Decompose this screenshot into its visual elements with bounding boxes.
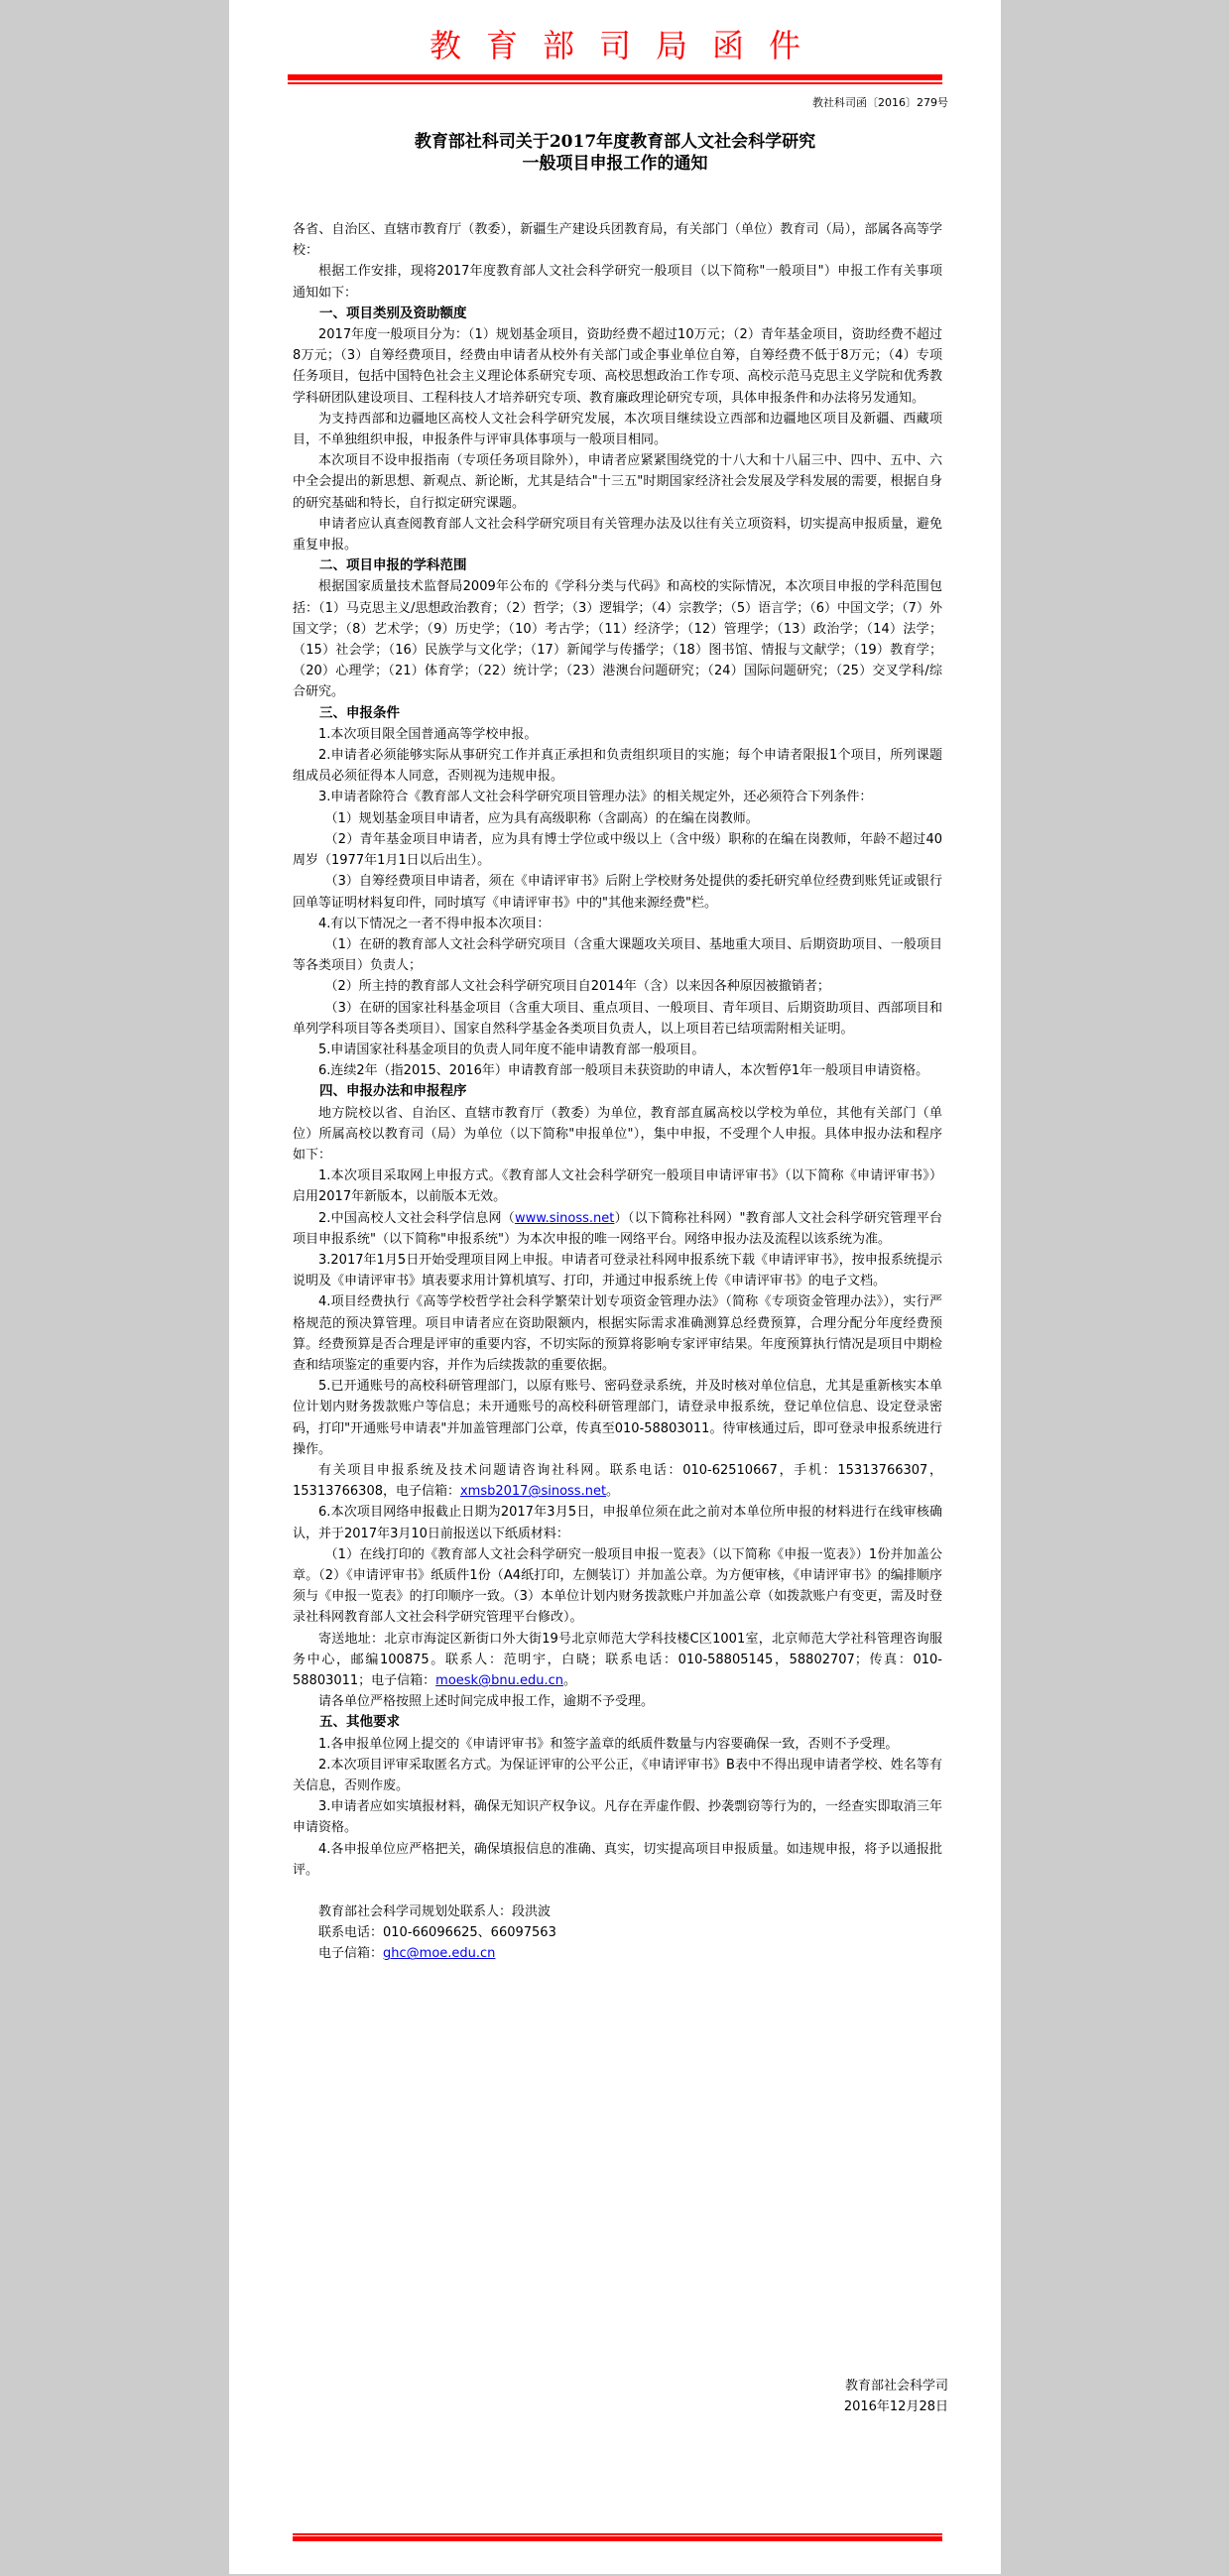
paragraph: （2）青年基金项目申请者，应为具有博士学位或中级以上（含中级）职称的在编在岗教师… <box>293 829 942 871</box>
document-title-line-1: 教育部社科司关于2017年度教育部人文社会科学研究 <box>229 131 1001 153</box>
page-background-right <box>1001 0 1229 2576</box>
document-page: 教育部司局函件 教社科司函〔2016〕279号 教育部社科司关于2017年度教育… <box>229 0 1001 2576</box>
page-background-left <box>0 0 229 2576</box>
document-title: 教育部社科司关于2017年度教育部人文社会科学研究 一般项目申报工作的通知 <box>229 131 1001 175</box>
letterhead-title: 教育部司局函件 <box>229 26 1001 65</box>
paragraph: 5.申请国家社科基金项目的负责人同年度不能申请教育部一般项目。 <box>293 1040 942 1060</box>
paragraph: 1.各申报单位网上提交的《申请评审书》和签字盖章的纸质件数量与内容要确保一致，否… <box>293 1734 942 1755</box>
footer-red-rule-thin <box>293 2533 942 2535</box>
paragraph: 地方院校以省、自治区、直辖市教育厅（教委）为单位，教育部直属高校以学校为单位，其… <box>293 1103 942 1166</box>
contact-email-label: 电子信箱： <box>318 1946 383 1961</box>
bnu-email-link[interactable]: moesk@bnu.edu.cn <box>435 1673 563 1688</box>
sinoss-website-link[interactable]: www.sinoss.net <box>515 1211 614 1226</box>
section-heading-1: 一、项目类别及资助额度 <box>293 304 942 324</box>
signature-org: 教育部社会科学司 <box>844 2376 948 2396</box>
contact-phone: 联系电话：010-66096625、66097563 <box>293 1922 942 1943</box>
footer-red-rule-thick <box>293 2536 942 2541</box>
paragraph: 请各单位严格按照上述时间完成申报工作，逾期不予受理。 <box>293 1691 942 1712</box>
paragraph: 1.本次项目采取网上申报方式。《教育部人文社会科学研究一般项目申请评审书》（以下… <box>293 1165 942 1207</box>
paragraph: 3.2017年1月5日开始受理项目网上申报。申请者可登录社科网申报系统下载《申请… <box>293 1250 942 1291</box>
paragraph: 为支持西部和边疆地区高校人文社会科学研究发展，本次项目继续设立西部和边疆地区项目… <box>293 409 942 450</box>
text: 寄送地址：北京市海淀区新街口外大街19号北京师范大学科技楼C区1001室，北京师… <box>293 1632 942 1688</box>
paragraph: （3）在研的国家社科基金项目（含重大项目、重点项目、一般项目、青年项目、后期资助… <box>293 998 942 1040</box>
paragraph: 本次项目不设申报指南（专项任务项目除外），申请者应紧紧围绕党的十八大和十八届三中… <box>293 450 942 514</box>
document-body: 各省、自治区、直辖市教育厅（教委），新疆生产建设兵团教育局，有关部门（单位）教育… <box>293 219 942 1965</box>
paragraph: 4.项目经费执行《高等学校哲学社会科学繁荣计划专项资金管理办法》（简称《专项资金… <box>293 1291 942 1376</box>
paragraph: （1）在线打印的《教育部人文社会科学研究一般项目申报一览表》（以下简称《申报一览… <box>293 1544 942 1629</box>
section-heading-5: 五、其他要求 <box>293 1712 942 1733</box>
paragraph: （1）在研的教育部人文社会科学研究项目（含重大课题攻关项目、基地重大项目、后期资… <box>293 934 942 976</box>
paragraph: 2017年度一般项目分为：（1）规划基金项目，资助经费不超过10万元；（2）青年… <box>293 324 942 409</box>
paragraph: 申请者应认真查阅教育部人文社会科学研究项目有关管理办法及以往有关立项资料，切实提… <box>293 514 942 555</box>
paragraph: 3.申请者除符合《教育部人文社会科学研究项目管理办法》的相关规定外，还必须符合下… <box>293 787 942 807</box>
document-number: 教社科司函〔2016〕279号 <box>812 96 948 110</box>
paragraph: 根据国家质量技术监督局2009年公布的《学科分类与代码》和高校的实际情况，本次项… <box>293 576 942 702</box>
section-heading-3: 三、申报条件 <box>293 703 942 724</box>
intro-paragraph: 根据工作安排，现将2017年度教育部人文社会科学研究一般项目（以下简称"一般项目… <box>293 261 942 303</box>
paragraph: 1.本次项目限全国普通高等学校申报。 <box>293 724 942 745</box>
signature-block: 教育部社会科学司 2016年12月28日 <box>844 2376 948 2417</box>
paragraph: 2.本次项目评审采取匿名方式。为保证评审的公平公正，《申请评审书》B表中不得出现… <box>293 1755 942 1796</box>
contact-person: 教育部社会科学司规划处联系人：段洪波 <box>293 1901 942 1922</box>
paragraph: 6.本次项目网络申报截止日期为2017年3月5日，申报单位须在此之前对本单位所申… <box>293 1502 942 1543</box>
paragraph: （3）自筹经费项目申请者，须在《申请评审书》后附上学校财务处提供的委托研究单位经… <box>293 871 942 913</box>
contact-email: 电子信箱：ghc@moe.edu.cn <box>293 1943 942 1964</box>
section-heading-4: 四、申报办法和申报程序 <box>293 1081 942 1102</box>
paragraph: （1）规划基金项目申请者，应为具有高级职称（含副高）的在编在岗教师。 <box>293 808 942 829</box>
document-title-line-2: 一般项目申报工作的通知 <box>229 153 1001 175</box>
spacer <box>293 1881 942 1901</box>
paragraph: 寄送地址：北京市海淀区新街口外大街19号北京师范大学科技楼C区1001室，北京师… <box>293 1629 942 1692</box>
paragraph: 4.有以下情况之一者不得申报本次项目： <box>293 914 942 934</box>
text: 2.中国高校人文社会科学信息网（ <box>318 1211 515 1226</box>
signature-date: 2016年12月28日 <box>844 2396 948 2417</box>
letterhead-red-rule-thin <box>288 82 942 84</box>
moe-email-link[interactable]: ghc@moe.edu.cn <box>383 1946 495 1961</box>
text: 。 <box>563 1673 576 1688</box>
salutation: 各省、自治区、直辖市教育厅（教委），新疆生产建设兵团教育局，有关部门（单位）教育… <box>293 219 942 261</box>
paragraph: 2.中国高校人文社会科学信息网（www.sinoss.net）（以下简称社科网）… <box>293 1208 942 1250</box>
contact-block: 教育部社会科学司规划处联系人：段洪波 联系电话：010-66096625、660… <box>293 1901 942 1965</box>
sinoss-email-link[interactable]: xmsb2017@sinoss.net <box>460 1484 606 1499</box>
paragraph: 4.各申报单位应严格把关，确保填报信息的准确、真实，切实提高项目申报质量。如违规… <box>293 1839 942 1881</box>
paragraph: 3.申请者应如实填报材料，确保无知识产权争议。凡存在弄虚作假、抄袭剽窃等行为的，… <box>293 1796 942 1838</box>
paragraph: （2）所主持的教育部人文社会科学研究项目自2014年（含）以来因各种原因被撤销者… <box>293 976 942 997</box>
paragraph: 6.连续2年（指2015、2016年）申请教育部一般项目未获资助的申请人，本次暂… <box>293 1060 942 1081</box>
letterhead-red-rule-thick <box>288 74 942 80</box>
text: 。 <box>606 1484 619 1499</box>
paragraph: 2.申请者必须能够实际从事研究工作并真正承担和负责组织项目的实施；每个申请者限报… <box>293 745 942 787</box>
paragraph: 有关项目申报系统及技术问题请咨询社科网。联系电话：010-62510667，手机… <box>293 1460 942 1502</box>
section-heading-2: 二、项目申报的学科范围 <box>293 555 942 576</box>
paragraph: 5.已开通账号的高校科研管理部门，以原有账号、密码登录系统，并及时核对单位信息，… <box>293 1376 942 1460</box>
